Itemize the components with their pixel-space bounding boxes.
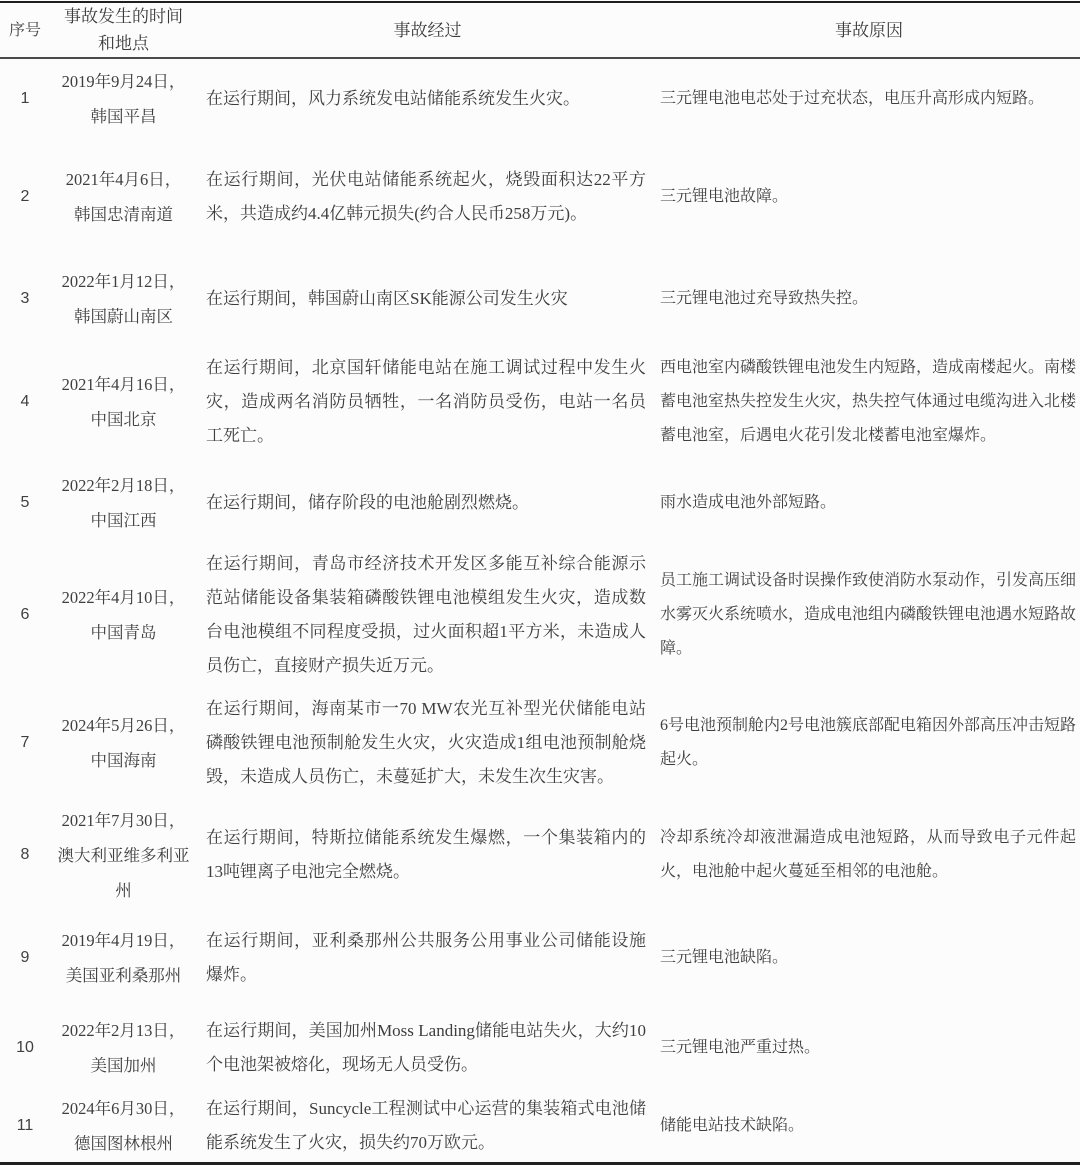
accident-process: 在运行期间，光伏电站储能系统起火，烧毁面积达22平方米，共造成约4.4亿韩元损失… <box>197 138 658 255</box>
accident-place: 中国海南 <box>52 743 195 778</box>
header-time-place: 事故发生的时间 和地点 <box>50 2 197 58</box>
accident-process: 在运行期间，北京国轩储能电站在施工调试过程中发生火灾，造成两名消防员牺牲，一名消… <box>197 343 658 460</box>
accident-place: 韩国平昌 <box>52 99 195 134</box>
accident-process: 在运行期间，海南某市一70 MW农光互补型光伏储能电站磷酸铁锂电池预制舱发生火灾… <box>197 685 658 800</box>
accident-place: 德国图林根州 <box>52 1126 195 1161</box>
table-row: 4 2021年4月16日， 中国北京 在运行期间，北京国轩储能电站在施工调试过程… <box>0 343 1080 460</box>
row-number: 8 <box>0 800 50 910</box>
accident-process: 在运行期间，亚利桑那州公共服务公用事业公司储能设施爆炸。 <box>197 910 658 1005</box>
accident-process: 在运行期间，Suncycle工程测试中心运营的集装箱式电池储能系统发生了火灾，损… <box>197 1090 658 1164</box>
accident-process: 在运行期间，储存阶段的电池舱剧烈燃烧。 <box>197 460 658 545</box>
header-process: 事故经过 <box>197 2 658 58</box>
accident-date: 2022年2月18日， <box>52 468 195 503</box>
accident-table-page: 序号 事故发生的时间 和地点 事故经过 事故原因 1 2019年9月24日， 韩… <box>0 0 1080 1165</box>
row-number: 4 <box>0 343 50 460</box>
table-row: 10 2022年2月13日， 美国加州 在运行期间，美国加州Moss Landi… <box>0 1005 1080 1090</box>
header-time-place-line1: 事故发生的时间 <box>50 3 197 30</box>
accident-time-place: 2019年4月19日， 美国亚利桑那州 <box>50 910 197 1005</box>
accident-time-place: 2021年7月30日， 澳大利亚维多利亚州 <box>50 800 197 910</box>
accident-place: 澳大利亚维多利亚州 <box>52 838 195 908</box>
row-number: 3 <box>0 255 50 343</box>
row-number: 1 <box>0 58 50 138</box>
accident-date: 2022年4月10日， <box>52 580 195 615</box>
accident-cause: 西电池室内磷酸铁锂电池发生内短路，造成南楼起火。南楼蓄电池室热失控发生火灾，热失… <box>658 343 1080 460</box>
row-number: 2 <box>0 138 50 255</box>
accident-cause: 员工施工调试设备时误操作致使消防水泵动作，引发高压细水雾灭火系统喷水，造成电池组… <box>658 545 1080 685</box>
header-index: 序号 <box>0 2 50 58</box>
accident-date: 2022年1月12日， <box>52 264 195 299</box>
accident-cause: 6号电池预制舱内2号电池簇底部配电箱因外部高压冲击短路起火。 <box>658 685 1080 800</box>
table-row: 3 2022年1月12日， 韩国蔚山南区 在运行期间，韩国蔚山南区SK能源公司发… <box>0 255 1080 343</box>
accident-place: 美国亚利桑那州 <box>52 958 195 993</box>
accident-process: 在运行期间，风力系统发电站储能系统发生火灾。 <box>197 58 658 138</box>
accident-time-place: 2022年1月12日， 韩国蔚山南区 <box>50 255 197 343</box>
accident-cause: 三元锂电池过充导致热失控。 <box>658 255 1080 343</box>
table-row: 2 2021年4月6日， 韩国忠清南道 在运行期间，光伏电站储能系统起火，烧毁面… <box>0 138 1080 255</box>
accident-time-place: 2022年4月10日， 中国青岛 <box>50 545 197 685</box>
header-cause: 事故原因 <box>658 2 1080 58</box>
header-row: 序号 事故发生的时间 和地点 事故经过 事故原因 <box>0 2 1080 58</box>
accident-date: 2024年6月30日， <box>52 1091 195 1126</box>
table-row: 1 2019年9月24日， 韩国平昌 在运行期间，风力系统发电站储能系统发生火灾… <box>0 58 1080 138</box>
accident-time-place: 2024年6月30日， 德国图林根州 <box>50 1090 197 1164</box>
accident-process: 在运行期间，美国加州Moss Landing储能电站失火，大约10个电池架被熔化… <box>197 1005 658 1090</box>
accident-process: 在运行期间，特斯拉储能系统发生爆燃，一个集装箱内的13吨锂离子电池完全燃烧。 <box>197 800 658 910</box>
accident-date: 2021年4月6日， <box>52 162 195 197</box>
accident-place: 中国青岛 <box>52 615 195 650</box>
accident-process: 在运行期间，青岛市经济技术开发区多能互补综合能源示范站储能设备集装箱磷酸铁锂电池… <box>197 545 658 685</box>
accident-cause: 三元锂电池故障。 <box>658 138 1080 255</box>
accident-time-place: 2021年4月16日， 中国北京 <box>50 343 197 460</box>
row-number: 5 <box>0 460 50 545</box>
accident-place: 韩国蔚山南区 <box>52 299 195 334</box>
accident-place: 中国北京 <box>52 402 195 437</box>
accident-date: 2019年9月24日， <box>52 64 195 99</box>
accident-cause: 雨水造成电池外部短路。 <box>658 460 1080 545</box>
accident-time-place: 2024年5月26日， 中国海南 <box>50 685 197 800</box>
row-number: 6 <box>0 545 50 685</box>
accident-place: 韩国忠清南道 <box>52 197 195 232</box>
table-row: 9 2019年4月19日， 美国亚利桑那州 在运行期间，亚利桑那州公共服务公用事… <box>0 910 1080 1005</box>
table-row: 5 2022年2月18日， 中国江西 在运行期间，储存阶段的电池舱剧烈燃烧。 雨… <box>0 460 1080 545</box>
table-row: 11 2024年6月30日， 德国图林根州 在运行期间，Suncycle工程测试… <box>0 1090 1080 1164</box>
table-row: 8 2021年7月30日， 澳大利亚维多利亚州 在运行期间，特斯拉储能系统发生爆… <box>0 800 1080 910</box>
table-row: 6 2022年4月10日， 中国青岛 在运行期间，青岛市经济技术开发区多能互补综… <box>0 545 1080 685</box>
accident-time-place: 2019年9月24日， 韩国平昌 <box>50 58 197 138</box>
accident-process: 在运行期间，韩国蔚山南区SK能源公司发生火灾 <box>197 255 658 343</box>
accident-time-place: 2021年4月6日， 韩国忠清南道 <box>50 138 197 255</box>
accident-time-place: 2022年2月18日， 中国江西 <box>50 460 197 545</box>
accident-cause: 储能电站技术缺陷。 <box>658 1090 1080 1164</box>
accident-date: 2024年5月26日， <box>52 708 195 743</box>
accident-place: 美国加州 <box>52 1048 195 1083</box>
accident-cause: 三元锂电池电芯处于过充状态，电压升高形成内短路。 <box>658 58 1080 138</box>
accident-date: 2021年4月16日， <box>52 367 195 402</box>
accident-time-place: 2022年2月13日， 美国加州 <box>50 1005 197 1090</box>
accident-place: 中国江西 <box>52 503 195 538</box>
accident-table: 序号 事故发生的时间 和地点 事故经过 事故原因 1 2019年9月24日， 韩… <box>0 1 1080 1165</box>
accident-cause: 三元锂电池缺陷。 <box>658 910 1080 1005</box>
row-number: 7 <box>0 685 50 800</box>
accident-cause: 三元锂电池严重过热。 <box>658 1005 1080 1090</box>
accident-cause: 冷却系统冷却液泄漏造成电池短路，从而导致电子元件起火，电池舱中起火蔓延至相邻的电… <box>658 800 1080 910</box>
accident-date: 2019年4月19日， <box>52 923 195 958</box>
accident-date: 2022年2月13日， <box>52 1013 195 1048</box>
accident-date: 2021年7月30日， <box>52 803 195 838</box>
row-number: 11 <box>0 1090 50 1164</box>
header-time-place-line2: 和地点 <box>50 30 197 57</box>
row-number: 9 <box>0 910 50 1005</box>
table-row: 7 2024年5月26日， 中国海南 在运行期间，海南某市一70 MW农光互补型… <box>0 685 1080 800</box>
row-number: 10 <box>0 1005 50 1090</box>
